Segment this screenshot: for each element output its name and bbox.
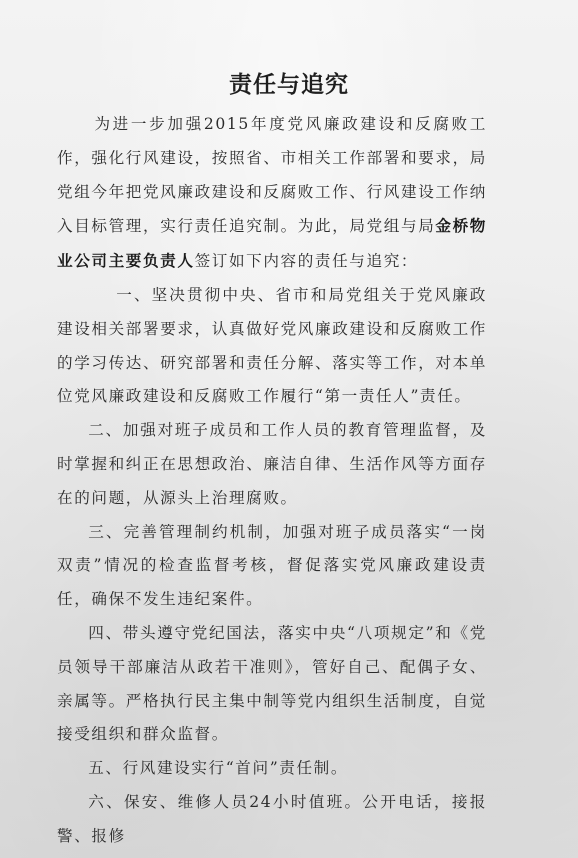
clause-3: 三、完善管理制约机制，加强对班子成员落实“一岗双责”情况的检查监督考核，督促落实… [57, 516, 487, 617]
clause-1: 一、坚决贯彻中央、省市和局党组关于党风廉政建设相关部署要求，认真做好党风廉政建设… [57, 279, 487, 414]
document-title: 责任与追究 [0, 66, 578, 99]
intro-text-1: 为进一步加强2015年度党风廉政建设和反腐败工作，强化行风建设，按照省、市相关工… [57, 115, 487, 235]
intro-paragraph: 为进一步加强2015年度党风廉政建设和反腐败工作，强化行风建设，按照省、市相关工… [57, 108, 487, 279]
clause-6: 六、保安、维修人员24小时值班。公开电话，接报警、报修 [57, 786, 487, 854]
clause-4: 四、带头遵守党纪国法，落实中央“八项规定”和《党员领导干部廉洁从政若干准则》，管… [57, 617, 487, 752]
clause-5: 五、行风建设实行“首问”责任制。 [57, 752, 487, 786]
document-body: 为进一步加强2015年度党风廉政建设和反腐败工作，强化行风建设，按照省、市相关工… [57, 108, 487, 854]
clause-2: 二、加强对班子成员和工作人员的教育管理监督，及时掌握和纠正在思想政治、廉洁自律、… [57, 414, 487, 515]
intro-text-2: 签订如下内容的责任与追究： [195, 252, 419, 270]
